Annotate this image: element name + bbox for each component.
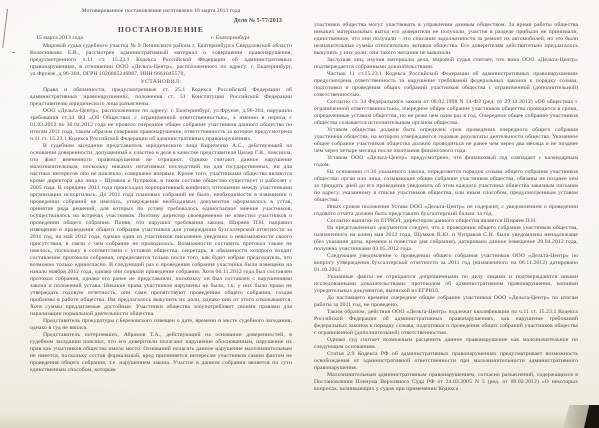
paragraph-prosecutor: Представитель прокуратуры г.Березовского…: [30, 318, 292, 332]
ruling-date: 15 марта 2013 года: [36, 35, 83, 42]
paragraph-meeting-not-held: До настоящего времени очередное общее со…: [314, 295, 578, 309]
case-number: Дело № 5-77/2013: [30, 18, 292, 25]
pen-mark-tick: [12, 52, 15, 53]
paragraph-charter-no-other-terms: Иных сроков положения Устава ООО «Дельта…: [314, 204, 578, 218]
established-heading: УСТАНОВИЛ:: [30, 79, 292, 86]
preamble-paragraph: Мировой судья судебного участка № 9 Лени…: [30, 43, 292, 78]
motivated-ruling-note: Мотивированное постановление изготовлено…: [30, 8, 292, 15]
ruling-city: г. Екатеринбург: [211, 35, 250, 42]
paragraph-rights: Права и обязанности, предусмотренные ст.…: [30, 87, 292, 108]
paragraph-defense-statement: В судебном заседании представитель юриди…: [30, 143, 292, 318]
paragraph-insignificance: Однако суд считает возможным расценить д…: [314, 337, 578, 351]
document-title: ПОСТАНОВЛЕНИЕ: [30, 26, 292, 33]
paragraph-article-15-23-1: Частью 11 ст.15.23.1 Кодекса Российской …: [314, 71, 578, 99]
left-page-column: Мотивированное постановление изготовлено…: [30, 8, 292, 374]
paragraph-plenum-ruling: Малозначительным административным правон…: [314, 372, 578, 393]
paragraph-article-36: На основании ст.36 указанного закона, оп…: [314, 169, 578, 204]
paragraph-fiscal-year: Уставом ООО «Дельта-Центр» предусмотрено…: [314, 155, 578, 169]
scanned-court-ruling: Мотивированное постановление изготовлено…: [0, 0, 599, 428]
paragraph-qualification: Таким образом, действия ООО «Дельта-Цент…: [314, 309, 578, 337]
paragraph-charter-term: Уставом общества должен быть определен с…: [314, 127, 578, 155]
paragraph-article-2-9: Статья 2.9 Кодекса РФ об административны…: [314, 351, 578, 372]
paragraph-violation: ООО «Дельта-Центр», расположенное по адр…: [30, 108, 292, 143]
paragraph-continuation: участники общества могут участвовать в у…: [314, 22, 578, 57]
paragraph-facts-confirmed: Указанные факты не отрицаются допрошенны…: [314, 274, 578, 295]
date-city-line: 15 марта 2013 года г. Екатеринбург: [30, 35, 292, 42]
paragraph-court-conclusion: Заслушав лиц, изучив материалы дела, мир…: [314, 57, 578, 71]
paragraph-egrul-director: Согласно выписке из ЕГРЮЛ, директором да…: [314, 218, 578, 225]
paragraph-next-notice: Следующее уведомление о проведении общег…: [314, 253, 578, 274]
right-page-column: участники общества могут участвовать в у…: [314, 22, 578, 393]
paragraph-article-34-law: Согласно ст. 34 Федерального закона от 0…: [314, 99, 578, 127]
paragraph-improper-notice: Из представленных документов следует, чт…: [314, 225, 578, 253]
paragraph-victims-representative: Представитель потерпевших, Абрамов Т.А.,…: [30, 332, 292, 374]
paper-bottom-edge-shadow: [0, 414, 599, 428]
